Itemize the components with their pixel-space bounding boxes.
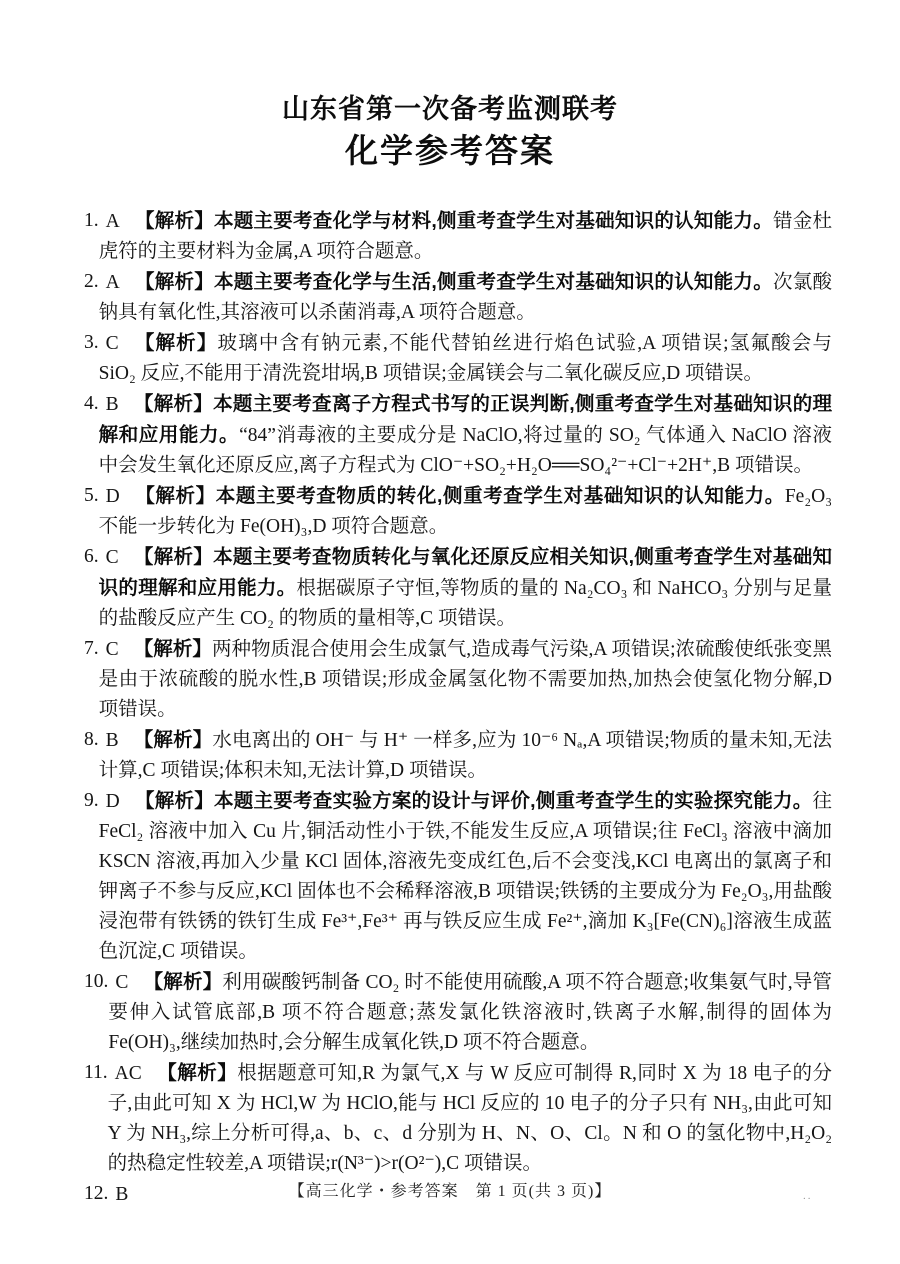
analysis-tag: 【解析】 (157, 1062, 238, 1084)
answer-body: B【解析】本题主要考查离子方程式书写的正误判断,侧重考查学生对基础知识的理解和应… (99, 389, 832, 481)
answer-item-8: 8. B【解析】水电离出的 OH⁻ 与 H⁺ 一样多,应为 10⁻⁶ Nₐ,A … (84, 725, 832, 786)
answer-body: C【解析】本题主要考查物质转化与氧化还原反应相关知识,侧重考查学生对基础知识的理… (99, 542, 832, 634)
answer-letter: D (99, 791, 120, 812)
answer-letter: A (99, 272, 120, 293)
answer-body: A【解析】本题主要考查化学与材料,侧重考查学生对基础知识的认知能力。错金杜虎符的… (99, 206, 832, 267)
answer-key-page: 山东省第一次备考监测联考 化学参考答案 1. A【解析】本题主要考查化学与材料,… (0, 0, 900, 1264)
answer-body: C【解析】两种物质混合使用会生成氯气,造成毒气污染,A 项错误;浓硫酸使纸张变黑… (99, 634, 832, 725)
subject-answer-title: 化学参考答案 (0, 128, 900, 174)
answer-item-7: 7. C【解析】两种物质混合使用会生成氯气,造成毒气污染,A 项错误;浓硫酸使纸… (84, 634, 832, 725)
answer-item-4: 4. B【解析】本题主要考查离子方程式书写的正误判断,侧重考查学生对基础知识的理… (84, 389, 832, 481)
question-number: 4. (84, 389, 99, 419)
answer-body: D【解析】本题主要考查物质的转化,侧重考查学生对基础知识的认知能力。Fe₂O₃ … (99, 481, 832, 542)
exam-title: 山东省第一次备考监测联考 (0, 90, 900, 128)
answer-body: B【解析】水电离出的 OH⁻ 与 H⁺ 一样多,应为 10⁻⁶ Nₐ,A 项错误… (99, 725, 832, 786)
question-number: 3. (84, 328, 99, 358)
question-number: 2. (84, 267, 99, 297)
answer-item-5: 5. D【解析】本题主要考查物质的转化,侧重考查学生对基础知识的认知能力。Fe₂… (84, 481, 832, 542)
analysis-tag: 【解析】 (135, 210, 214, 232)
page-footer: 【高三化学・参考答案 第 1 页(共 3 页)】 (0, 1178, 900, 1201)
analysis-tag: 【解析】 (135, 485, 216, 507)
answer-item-9: 9. D【解析】本题主要考查实验方案的设计与评价,侧重考查学生的实验探究能力。往… (84, 786, 832, 967)
analysis-tag: 【解析】 (135, 271, 214, 293)
question-number: 1. (84, 206, 99, 236)
answer-body: C【解析】利用碳酸钙制备 CO₂ 时不能使用硫酸,A 项不符合题意;收集氨气时,… (108, 967, 832, 1058)
answer-item-10: 10. C【解析】利用碳酸钙制备 CO₂ 时不能使用硫酸,A 项不符合题意;收集… (84, 967, 832, 1058)
answer-letter: C (99, 547, 119, 568)
question-number: 8. (84, 725, 99, 755)
question-number: 6. (84, 542, 99, 572)
answer-item-1: 1. A【解析】本题主要考查化学与材料,侧重考查学生对基础知识的认知能力。错金杜… (84, 206, 832, 267)
question-number: 5. (84, 481, 99, 511)
question-number: 10. (84, 967, 108, 997)
question-number: 7. (84, 634, 99, 664)
answer-body: AC【解析】根据题意可知,R 为氯气,X 与 W 反应可制得 R,同时 X 为 … (108, 1058, 832, 1179)
answer-letter: D (99, 486, 120, 507)
analysis-lead: 本题主要考查实验方案的设计与评价,侧重考查学生的实验探究能力。 (214, 790, 812, 812)
answer-item-3: 3. C【解析】玻璃中含有钠元素,不能代替铂丝进行焰色试验,A 项错误;氢氟酸会… (84, 328, 832, 389)
answer-letter: B (99, 730, 119, 751)
analysis-tag: 【解析】 (134, 393, 213, 415)
answer-item-11: 11. AC【解析】根据题意可知,R 为氯气,X 与 W 反应可制得 R,同时 … (84, 1058, 832, 1179)
analysis-tag: 【解析】 (134, 546, 213, 568)
analysis-tag: 【解析】 (143, 971, 222, 993)
answer-item-6: 6. C【解析】本题主要考查物质转化与氧化还原反应相关知识,侧重考查学生对基础知… (84, 542, 832, 634)
analysis-lead: 本题主要考查化学与材料,侧重考查学生对基础知识的认知能力。 (214, 210, 773, 232)
analysis-text: 往 FeCl₂ 溶液中加入 Cu 片,铜活动性小于铁,不能发生反应,A 项错误;… (99, 791, 832, 962)
analysis-lead: 本题主要考查化学与生活,侧重考查学生对基础知识的认知能力。 (214, 271, 773, 293)
answer-letter: C (108, 972, 128, 993)
question-number: 9. (84, 786, 99, 816)
answer-letter: C (99, 639, 119, 660)
question-number: 11. (84, 1058, 108, 1088)
answer-letter: C (99, 333, 119, 354)
analysis-tag: 【解析】 (135, 790, 214, 812)
answer-item-2: 2. A【解析】本题主要考查化学与生活,侧重考查学生对基础知识的认知能力。次氯酸… (84, 267, 832, 328)
answer-body: D【解析】本题主要考查实验方案的设计与评价,侧重考查学生的实验探究能力。往 Fe… (99, 786, 832, 967)
answer-letter: AC (108, 1063, 142, 1084)
scan-artifact-dots: .. (803, 1190, 813, 1202)
title-block: 山东省第一次备考监测联考 化学参考答案 (0, 0, 900, 174)
analysis-tag: 【解析】 (134, 729, 213, 751)
answer-letter: B (99, 394, 119, 415)
answer-body: C【解析】玻璃中含有钠元素,不能代替铂丝进行焰色试验,A 项错误;氢氟酸会与 S… (99, 328, 832, 389)
answer-letter: A (99, 211, 120, 232)
answer-body: A【解析】本题主要考查化学与生活,侧重考查学生对基础知识的认知能力。次氯酸钠具有… (99, 267, 832, 328)
analysis-tag: 【解析】 (134, 332, 218, 354)
analysis-lead: 本题主要考查物质的转化,侧重考查学生对基础知识的认知能力。 (216, 485, 785, 507)
answers-list: 1. A【解析】本题主要考查化学与材料,侧重考查学生对基础知识的认知能力。错金杜… (84, 206, 832, 1210)
analysis-tag: 【解析】 (134, 638, 212, 660)
